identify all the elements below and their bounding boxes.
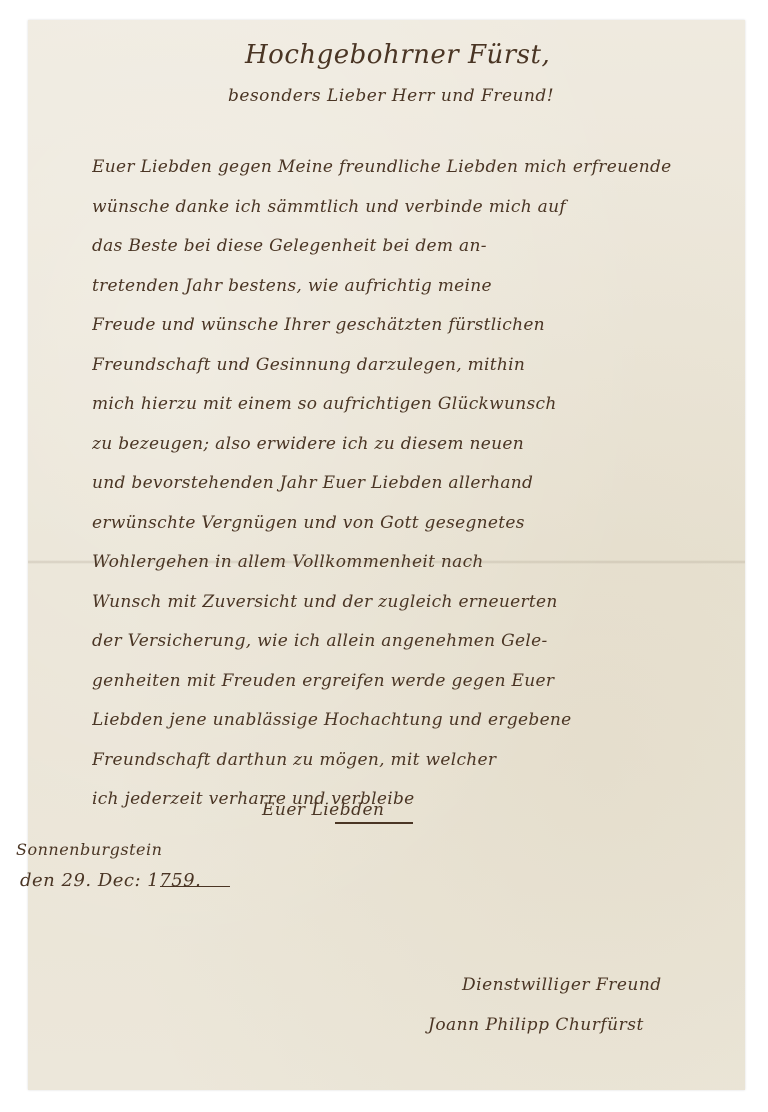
- signature-name: Joann Philipp Churfürst: [428, 1015, 644, 1035]
- body-line: Freude und wünsche Ihrer geschätzten für…: [92, 306, 692, 346]
- letter-date: den 29. Dec: 1759.: [20, 870, 201, 891]
- salutation-title: Hochgebohrner Fürst,: [245, 40, 550, 70]
- body-line: ich jederzeit verharre und verbleibe: [92, 780, 692, 820]
- letter-body: Euer Liebden gegen Meine freundliche Lie…: [92, 148, 692, 820]
- body-line: tretenden Jahr bestens, wie aufrichtig m…: [92, 267, 692, 307]
- body-line: Liebden jene unablässige Hochachtung und…: [92, 701, 692, 741]
- body-line: Wunsch mit Zuversicht und der zugleich e…: [92, 583, 692, 623]
- body-line: der Versicherung, wie ich allein angeneh…: [92, 622, 692, 662]
- body-line: Euer Liebden gegen Meine freundliche Lie…: [92, 148, 692, 188]
- closing-phrase: Euer Liebden: [262, 800, 385, 820]
- body-line: und bevorstehenden Jahr Euer Liebden all…: [92, 464, 692, 504]
- body-line: wünsche danke ich sämmtlich und verbinde…: [92, 188, 692, 228]
- body-line: erwünschte Vergnügen und von Gott gesegn…: [92, 504, 692, 544]
- signature-valediction: Dienstwilliger Freund: [462, 975, 662, 995]
- closing-flourish: [335, 822, 413, 824]
- salutation-address: besonders Lieber Herr und Freund!: [228, 86, 554, 106]
- body-line: Wohlergehen in allem Vollkommenheit nach: [92, 543, 692, 583]
- body-line: Freundschaft darthun zu mögen, mit welch…: [92, 741, 692, 781]
- letter-place: Sonnenburgstein: [16, 840, 162, 859]
- body-line: das Beste bei diese Gelegenheit bei dem …: [92, 227, 692, 267]
- date-underline: [160, 886, 230, 887]
- body-line: mich hierzu mit einem so aufrichtigen Gl…: [92, 385, 692, 425]
- body-line: Freundschaft und Gesinnung darzulegen, m…: [92, 346, 692, 386]
- body-line: zu bezeugen; also erwidere ich zu diesem…: [92, 425, 692, 465]
- body-line: genheiten mit Freuden ergreifen werde ge…: [92, 662, 692, 702]
